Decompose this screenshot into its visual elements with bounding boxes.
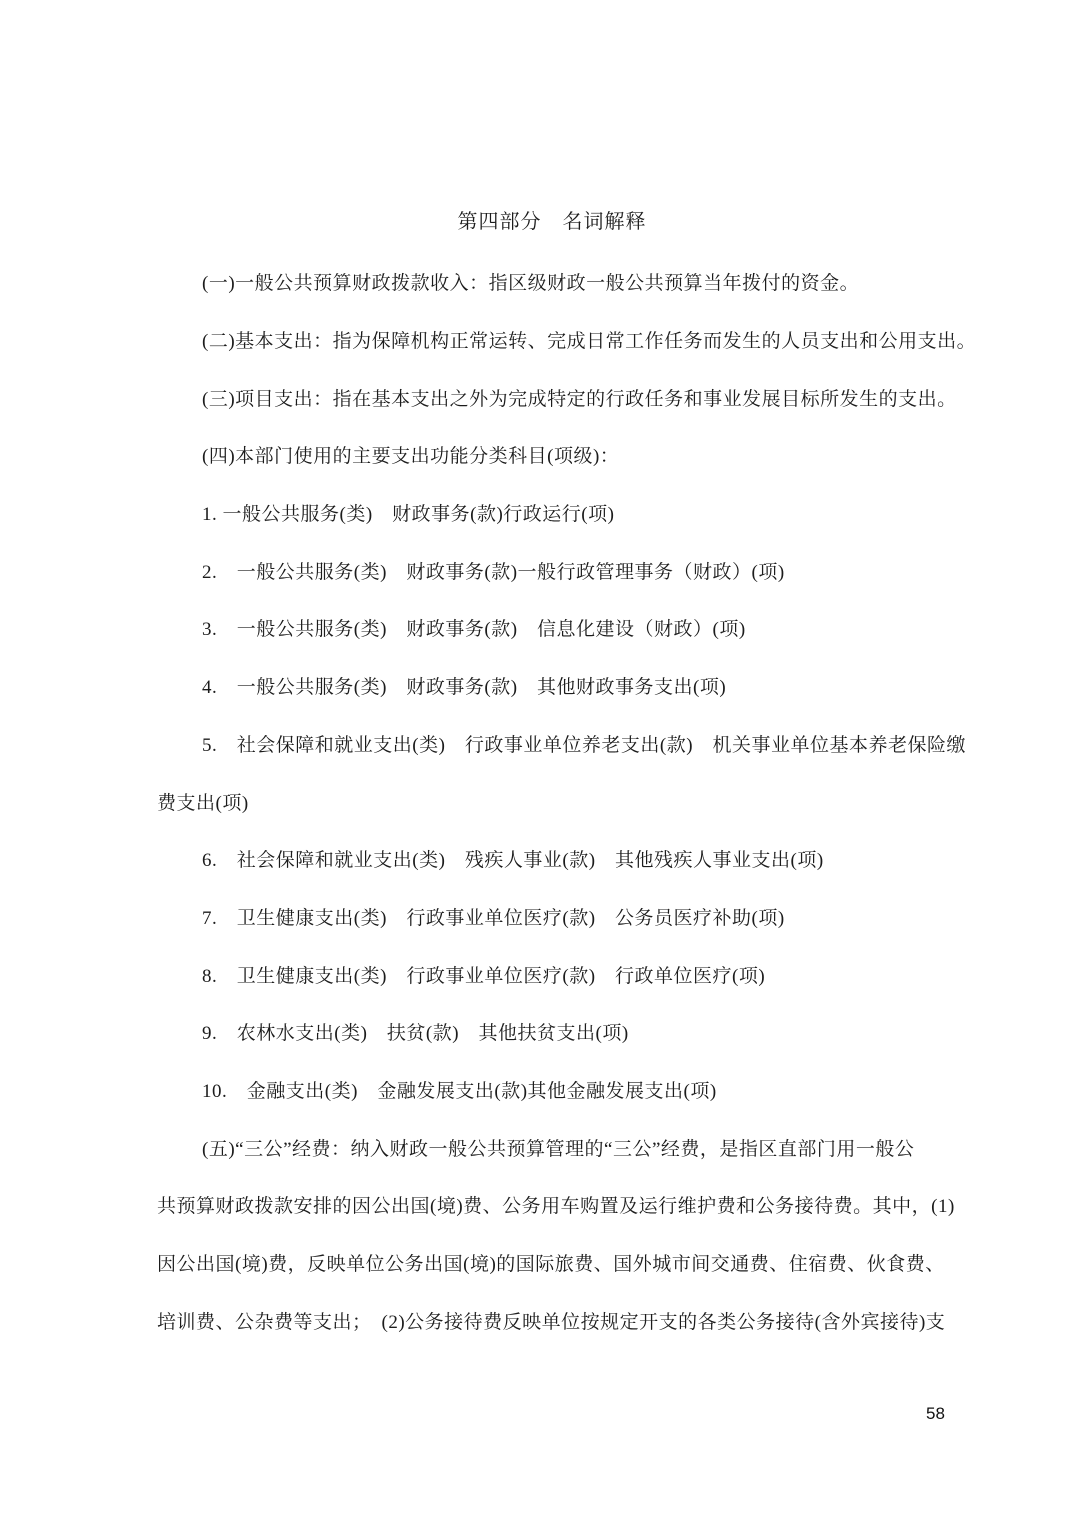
paragraph-line: (四)本部门使用的主要支出功能分类科目(项级)： — [157, 426, 1057, 484]
paragraph-line: (二)基本支出：指为保障机构正常运转、完成日常工作任务而发生的人员支出和公用支出… — [157, 311, 1057, 369]
document-page: 第四部分 名词解释 (一)一般公共预算财政拨款收入：指区级财政一般公共预算当年拨… — [0, 0, 1074, 1520]
list-item-line: 5. 社会保障和就业支出(类) 行政事业单位养老支出(款) 机关事业单位基本养老… — [157, 715, 1057, 773]
paragraph-line: (一)一般公共预算财政拨款收入：指区级财政一般公共预算当年拨付的资金。 — [157, 253, 1057, 311]
page-number: 58 — [926, 1404, 945, 1424]
paragraph-continuation-line: 因公出国(境)费，反映单位公务出国(境)的国际旅费、国外城市间交通费、住宿费、伙… — [157, 1234, 1057, 1292]
list-item-line: 1. 一般公共服务(类) 财政事务(款)行政运行(项) — [157, 484, 1057, 542]
list-item-continuation-line: 费支出(项) — [157, 772, 1057, 830]
document-body: (一)一般公共预算财政拨款收入：指区级财政一般公共预算当年拨付的资金。 (二)基… — [157, 253, 1057, 1349]
paragraph-line: (五)“三公”经费：纳入财政一般公共预算管理的“三公”经费，是指区直部门用一般公 — [157, 1118, 1057, 1176]
list-item-line: 8. 卫生健康支出(类) 行政事业单位医疗(款) 行政单位医疗(项) — [157, 945, 1057, 1003]
list-item-line: 9. 农林水支出(类) 扶贫(款) 其他扶贫支出(项) — [157, 1003, 1057, 1061]
paragraph-continuation-line: 培训费、公杂费等支出； (2)公务接待费反映单位按规定开支的各类公务接待(含外宾… — [157, 1291, 1057, 1349]
list-item-line: 10. 金融支出(类) 金融发展支出(款)其他金融发展支出(项) — [157, 1061, 1057, 1119]
list-item-line: 3. 一般公共服务(类) 财政事务(款) 信息化建设（财政）(项) — [157, 599, 1057, 657]
paragraph-line: (三)项目支出：指在基本支出之外为完成特定的行政任务和事业发展目标所发生的支出。 — [157, 368, 1057, 426]
list-item-line: 7. 卫生健康支出(类) 行政事业单位医疗(款) 公务员医疗补助(项) — [157, 888, 1057, 946]
list-item-line: 4. 一般公共服务(类) 财政事务(款) 其他财政事务支出(项) — [157, 657, 1057, 715]
paragraph-continuation-line: 共预算财政拨款安排的因公出国(境)费、公务用车购置及运行维护费和公务接待费。其中… — [157, 1176, 1057, 1234]
document-title: 第四部分 名词解释 — [157, 208, 947, 236]
list-item-line: 6. 社会保障和就业支出(类) 残疾人事业(款) 其他残疾人事业支出(项) — [157, 830, 1057, 888]
list-item-line: 2. 一般公共服务(类) 财政事务(款)一般行政管理事务（财政）(项) — [157, 541, 1057, 599]
